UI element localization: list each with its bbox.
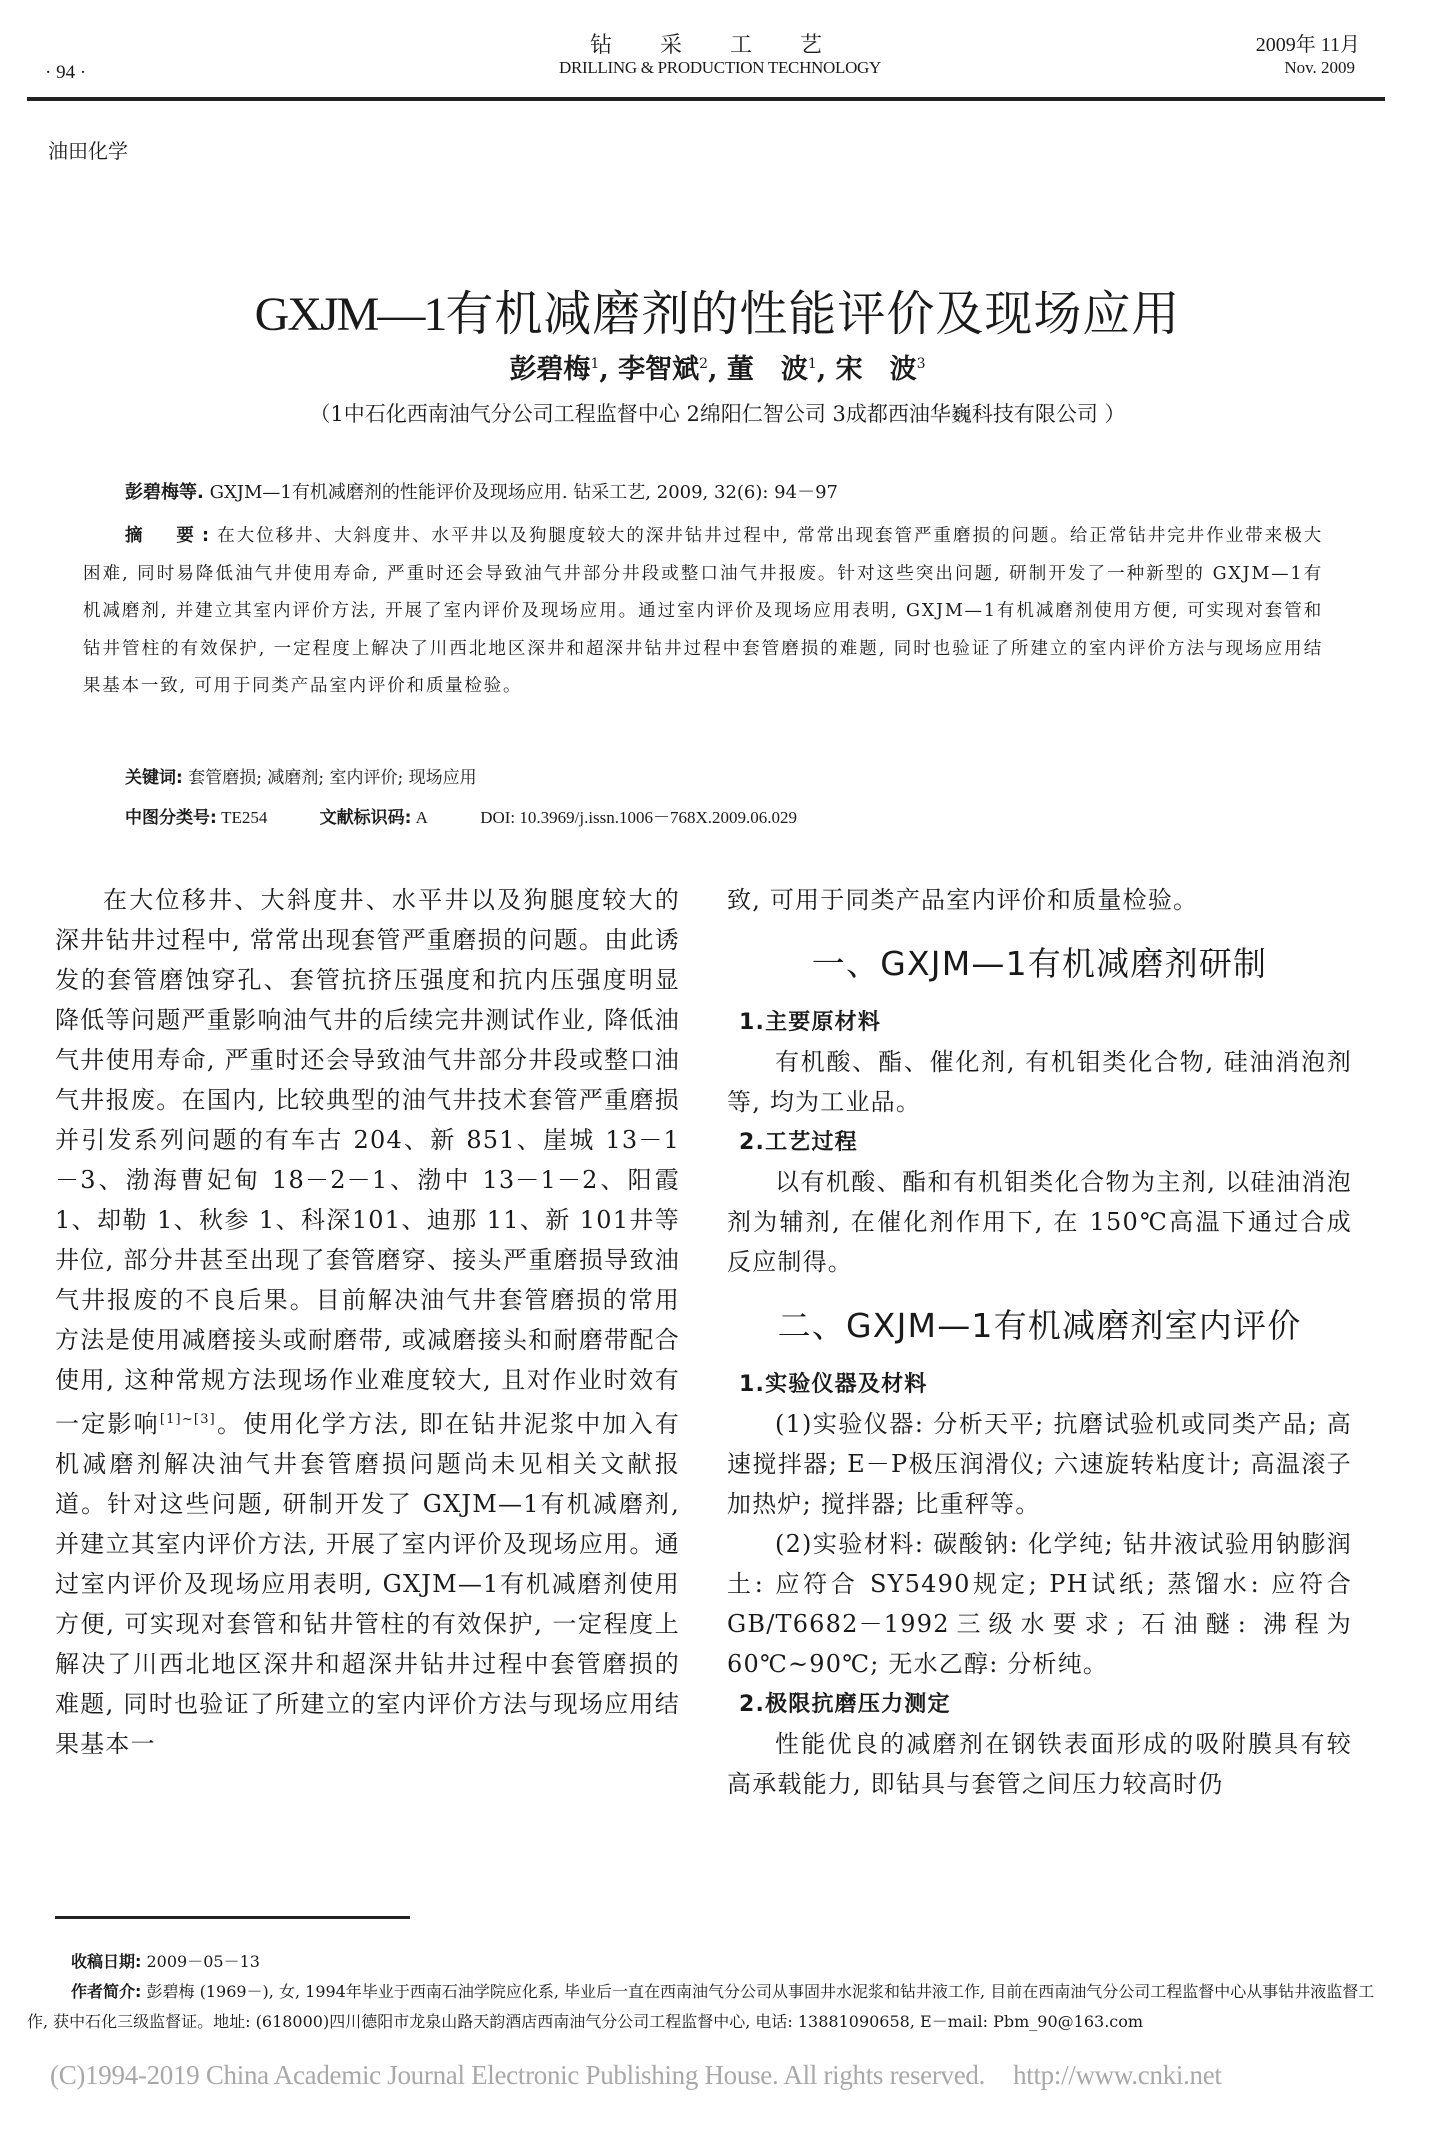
page-number: · 94 · bbox=[45, 62, 86, 84]
author: 李智斌 bbox=[618, 354, 699, 385]
copyright-watermark: (C)1994-2019 China Academic Journal Elec… bbox=[50, 2060, 1222, 2091]
doc-code-label: 文献标识码: bbox=[320, 808, 412, 828]
paragraph: (1)实验仪器: 分析天平; 抗磨试验机或同类产品; 高速搅拌器; E－P极压润… bbox=[727, 1404, 1352, 1524]
cnki-link[interactable]: http://www.cnki.net bbox=[1013, 2060, 1222, 2090]
subsection-heading: 1.实验仪器及材料 bbox=[739, 1368, 1352, 1402]
section-heading-1: 一、GXJM—1有机减磨剂研制 bbox=[727, 942, 1352, 986]
title-text: 有机减磨剂的性能评价及现场应用 bbox=[445, 286, 1180, 342]
keywords: 关键词: 套管磨损; 减磨剂; 室内评价; 现场应用 bbox=[125, 763, 477, 788]
doi: DOI: 10.3969/j.issn.1006－768X.2009.06.02… bbox=[480, 808, 797, 827]
journal-title-cn: 钻采工艺 bbox=[520, 28, 940, 59]
keywords-label: 关键词: bbox=[125, 768, 183, 788]
subsection-heading: 2.工艺过程 bbox=[739, 1126, 1352, 1160]
reference-marker: [1]~[3] bbox=[160, 1412, 216, 1427]
subsection-heading: 2.极限抗磨压力测定 bbox=[739, 1688, 1352, 1722]
author: 宋 波 bbox=[836, 354, 917, 385]
paragraph-continued: 致, 可用于同类产品室内评价和质量检验。 bbox=[727, 880, 1352, 920]
classification-line: 中图分类号: TE254 文献标识码: A DOI: 10.3969/j.iss… bbox=[125, 803, 797, 828]
citation: 彭碧梅等. GXJM—1有机减磨剂的性能评价及现场应用. 钻采工艺, 2009,… bbox=[125, 478, 838, 504]
keywords-text: 套管磨损; 减磨剂; 室内评价; 现场应用 bbox=[188, 768, 476, 788]
footnote-rule bbox=[55, 1916, 410, 1919]
section-heading-2: 二、GXJM—1有机减磨剂室内评价 bbox=[727, 1304, 1352, 1348]
citation-lead: 彭碧梅等. bbox=[125, 482, 204, 503]
doc-code-value: A bbox=[416, 808, 428, 827]
abstract-label: 摘 要: bbox=[83, 526, 217, 546]
paragraph: 性能优良的减磨剂在钢铁表面形成的吸附膜具有较高承载能力, 即钻具与套管之间压力较… bbox=[727, 1724, 1352, 1804]
title-product-code: GXJM—1 bbox=[255, 288, 446, 341]
body-column-right: 致, 可用于同类产品室内评价和质量检验。 一、GXJM—1有机减磨剂研制 1.主… bbox=[727, 880, 1352, 1804]
author: 彭碧梅 bbox=[509, 354, 590, 385]
abstract: 摘 要:在大位移井、大斜度井、水平井以及狗腿度较大的深井钻井过程中, 常常出现套… bbox=[83, 518, 1323, 706]
affiliations: （1中石化西南油气分公司工程监督中心 2绵阳仁智公司 3成都西油华巍科技有限公司… bbox=[0, 398, 1435, 428]
section-label: 油田化学 bbox=[48, 135, 128, 164]
author-bio: 作者简介: 彭碧梅 (1969－), 女, 1994年毕业于西南石油学院应化系,… bbox=[27, 1977, 1387, 2037]
issue-date-cn: 2009年 11月 bbox=[1256, 28, 1360, 57]
body-column-left: 在大位移井、大斜度井、水平井以及狗腿度较大的深井钻井过程中, 常常出现套管严重磨… bbox=[55, 880, 680, 1764]
paragraph: 有机酸、酯、催化剂, 有机钼类化合物, 硅油消泡剂等, 均为工业品。 bbox=[727, 1042, 1352, 1122]
clc-value: TE254 bbox=[221, 808, 267, 827]
header-rule bbox=[27, 97, 1385, 101]
intro-paragraph: 在大位移井、大斜度井、水平井以及狗腿度较大的深井钻井过程中, 常常出现套管严重磨… bbox=[55, 880, 680, 1764]
citation-text: GXJM—1有机减磨剂的性能评价及现场应用. 钻采工艺, 2009, 32(6)… bbox=[204, 482, 838, 503]
footnotes: 收稿日期: 2009－05－13 作者简介: 彭碧梅 (1969－), 女, 1… bbox=[27, 1947, 1387, 2037]
article-title: GXJM—1有机减磨剂的性能评价及现场应用 bbox=[0, 275, 1435, 344]
author-list: 彭碧梅1, 李智斌2, 董 波1, 宋 波3 bbox=[0, 347, 1435, 386]
author: 董 波 bbox=[727, 354, 808, 385]
issue-date-en: Nov. 2009 bbox=[1284, 58, 1355, 78]
received-date: 收稿日期: 2009－05－13 bbox=[27, 1947, 1387, 1977]
subsection-heading: 1.主要原材料 bbox=[739, 1006, 1352, 1040]
paragraph: 以有机酸、酯和有机钼类化合物为主剂, 以硅油消泡剂为辅剂, 在催化剂作用下, 在… bbox=[727, 1162, 1352, 1282]
abstract-text: 在大位移井、大斜度井、水平井以及狗腿度较大的深井钻井过程中, 常常出现套管严重磨… bbox=[83, 526, 1323, 696]
clc-label: 中图分类号: bbox=[125, 808, 217, 828]
paragraph: (2)实验材料: 碳酸钠: 化学纯; 钻井液试验用钠膨润土: 应符合 SY549… bbox=[727, 1524, 1352, 1684]
journal-title-en: DRILLING & PRODUCTION TECHNOLOGY bbox=[470, 58, 970, 78]
